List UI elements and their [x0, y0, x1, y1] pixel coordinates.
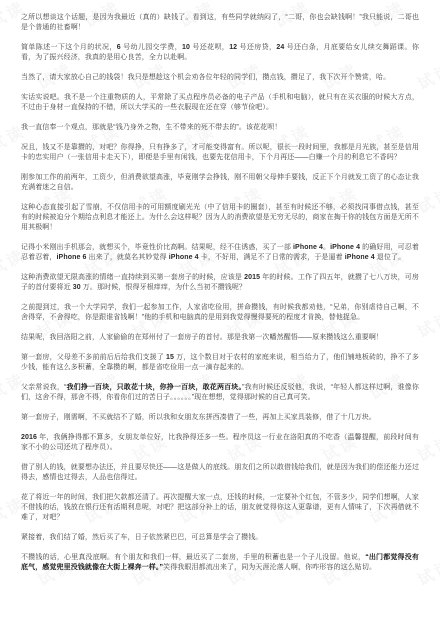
paragraph: 花了将近一年的时间，我们把欠款都还清了。再次提醒大家一点，还钱的时候，一定要补个…	[21, 493, 419, 523]
paragraph: 之前提到过，我一个大学同学，我们一起参加工作，人家省吃俭用，拼命攒钱，有时候我都…	[21, 303, 419, 323]
body-text: 记得小米刚出手机那会，就想买个，毕竟性价比高啊。结果呢，经不住诱惑，买了一部 i…	[21, 244, 419, 261]
body-text: 结果呢，我回洛阳之前，人家偷偷的在郑州付了一套房子的首付。那是我第一次幡然醒悟—…	[21, 334, 383, 341]
latin-text: 2015	[244, 274, 260, 281]
latin-text: 15	[166, 354, 174, 361]
document-page: 试读试读试读试读试读试读试读试读试读试读试读试读试读试读试读试读试读试读试读试读…	[0, 0, 440, 620]
body-text: 第一套房，父母差不多前前后后给我们支援了 15 万，这个数目对于农村的家庭来说，…	[21, 354, 419, 371]
latin-text: iPhone 4	[345, 254, 375, 261]
body-text: 2016 年，我俩挣得都不算多，女朋友单位好，比我挣得还多一些。程序员这一行业在…	[21, 434, 419, 451]
paragraph: 之所以想谈这个话题，是因为我最近（真的）缺钱了。看到这，有些同学就纳闷了，“二哥…	[21, 13, 419, 33]
paragraph: 第一套房子，刚需啊，不买就结不了婚，所以我和女朋友东拼西凑借了一些，再加上买家具…	[21, 413, 419, 423]
paragraph: 况且，钱又不是靠攒的，对吧？你得挣，只有挣多了，才可能变得富有。所以呢，很长一段…	[21, 143, 419, 163]
body-text: 笑得我眼泪都流出来了，同为天涯沦落人啊，你咋形容的这么贴切。	[163, 564, 376, 571]
paragraph: 不攒钱的话，心里真没底啊。有个朋友和我们一样，最近买了二套房，手里的积蓄也是一个…	[21, 553, 419, 573]
body-text: 这种消费欲望无限高涨的情绪一直持续到买第一套房子的时候，应该是 2015 年的时…	[21, 274, 419, 291]
body-text: 紧接着，我们结了婚，然后买了车，日子依然紧巴巴，可总算是学会了攒钱。	[21, 534, 262, 541]
body-text: 当然了，请大家放心自己的钱袋！我只是想趁这个机会劝各位年轻的同学们，攒点钱，攒足…	[21, 74, 390, 81]
body-text: 之前提到过，我一个大学同学，我们一起参加工作，人家省吃俭用，拼命攒钱，有时候我都…	[21, 304, 419, 321]
body-text: 这种心态直接引起了雪崩，不仅信用卡的可用额度刷光光（中了信用卡的圈套），甚至有时…	[21, 204, 419, 231]
paragraph: 刚参加工作的前两年，工资少，但消费欲望高涨，毕竟刚学会挣钱，刚不用朝父母伸手要钱…	[21, 173, 419, 193]
latin-text: 24	[276, 44, 284, 51]
paragraph: 简单陈述一下这个月的状况，6 号幼儿园交学费，10 号还花呗，12 号还房贷，2…	[21, 43, 419, 63]
latin-text: 6	[117, 44, 121, 51]
latin-text: iPhone 6	[57, 254, 87, 261]
body-text: 实话实说吧。我不是一个注重物质的人，平常除了买点程序员必备的电子产品（手机和电脑…	[21, 94, 419, 111]
paragraph: 我一直信奉一个观点，那就是“钱乃身外之物，生不带来的死不带去的”。该花花呗！	[21, 123, 419, 133]
body-text: 简单陈述一下这个月的状况，6 号幼儿园交学费，10 号还花呗，12 号还房贷，2…	[21, 44, 419, 61]
paragraph: 借了别人的钱，就要想办法还，并且要尽快还——这是做人的底线。朋友们之所以敢借钱给…	[21, 463, 419, 483]
body-text: 我一直信奉一个观点，那就是“钱乃身外之物，生不带来的死不带去的”。该花花呗！	[21, 124, 281, 131]
latin-text: 12	[229, 44, 237, 51]
body-text: 父亲常说我，“	[21, 384, 66, 391]
paragraph: 当然了，请大家放心自己的钱袋！我只是想趁这个机会劝各位年轻的同学们，攒点钱，攒足…	[21, 73, 419, 83]
body-text: 借了别人的钱，就要想办法还，并且要尽快还——这是做人的底线。朋友们之所以敢借钱给…	[21, 464, 419, 481]
paragraph: 这种消费欲望无限高涨的情绪一直持续到买第一套房子的时候，应该是 2015 年的时…	[21, 273, 419, 293]
paragraph: 结果呢，我回洛阳之前，人家偷偷的在郑州付了一套房子的首付。那是我第一次幡然醒悟—…	[21, 333, 419, 343]
body-text: 况且，钱又不是靠攒的，对吧？你得挣，只有挣多了，才可能变得富有。所以呢，很长一段…	[21, 144, 419, 161]
paragraph: 第一套房，父母差不多前前后后给我们支援了 15 万，这个数目对于农村的家庭来说，…	[21, 353, 419, 373]
latin-text: iPhone 4	[169, 254, 199, 261]
latin-text: 30	[73, 284, 81, 291]
body-text: 花了将近一年的时间，我们把欠款都还清了。再次提醒大家一点，还钱的时候，一定要补个…	[21, 494, 419, 521]
paragraph: 父亲常说我，“我们挣一百块，只敢花十块，你挣一百块，敢花两百块。”我有时候还反驳…	[21, 383, 419, 403]
paragraph: 2016 年，我俩挣得都不算多，女朋友单位好，比我挣得还多一些。程序员这一行业在…	[21, 433, 419, 453]
document-body: 之所以想谈这个话题，是因为我最近（真的）缺钱了。看到这，有些同学就纳闷了，“二哥…	[0, 0, 440, 573]
latin-text: 2016	[21, 434, 37, 441]
latin-text: iPhone 4	[293, 244, 323, 251]
paragraph: 紧接着，我们结了婚，然后买了车，日子依然紧巴巴，可总算是学会了攒钱。	[21, 533, 419, 543]
body-text: 之所以想谈这个话题，是因为我最近（真的）缺钱了。看到这，有些同学就纳闷了，“二哥…	[21, 14, 419, 31]
latin-text: 10	[182, 44, 190, 51]
paragraph: 记得小米刚出手机那会，就想买个，毕竟性价比高啊。结果呢，经不住诱惑，买了一部 i…	[21, 243, 419, 263]
paragraph: 这种心态直接引起了雪崩，不仅信用卡的可用额度刷光光（中了信用卡的圈套），甚至有时…	[21, 203, 419, 233]
body-text: 第一套房子，刚需啊，不买就结不了婚，所以我和女朋友东拼西凑借了一些，再加上买家具…	[21, 414, 376, 421]
body-text: 刚参加工作的前两年，工资少，但消费欲望高涨，毕竟刚学会挣钱，刚不用朝父母伸手要钱…	[21, 174, 419, 191]
latin-text: iPhone 4	[330, 244, 360, 251]
body-text: 不攒钱的话，心里真没底啊。有个朋友和我们一样，最近买了二套房，手里的积蓄也是一个…	[21, 554, 365, 561]
emphasis-text: 我们挣一百块，只敢花十块，你挣一百块，敢花两百块。	[66, 384, 242, 391]
paragraph: 实话实说吧。我不是一个注重物质的人，平常除了买点程序员必备的电子产品（手机和电脑…	[21, 93, 419, 113]
